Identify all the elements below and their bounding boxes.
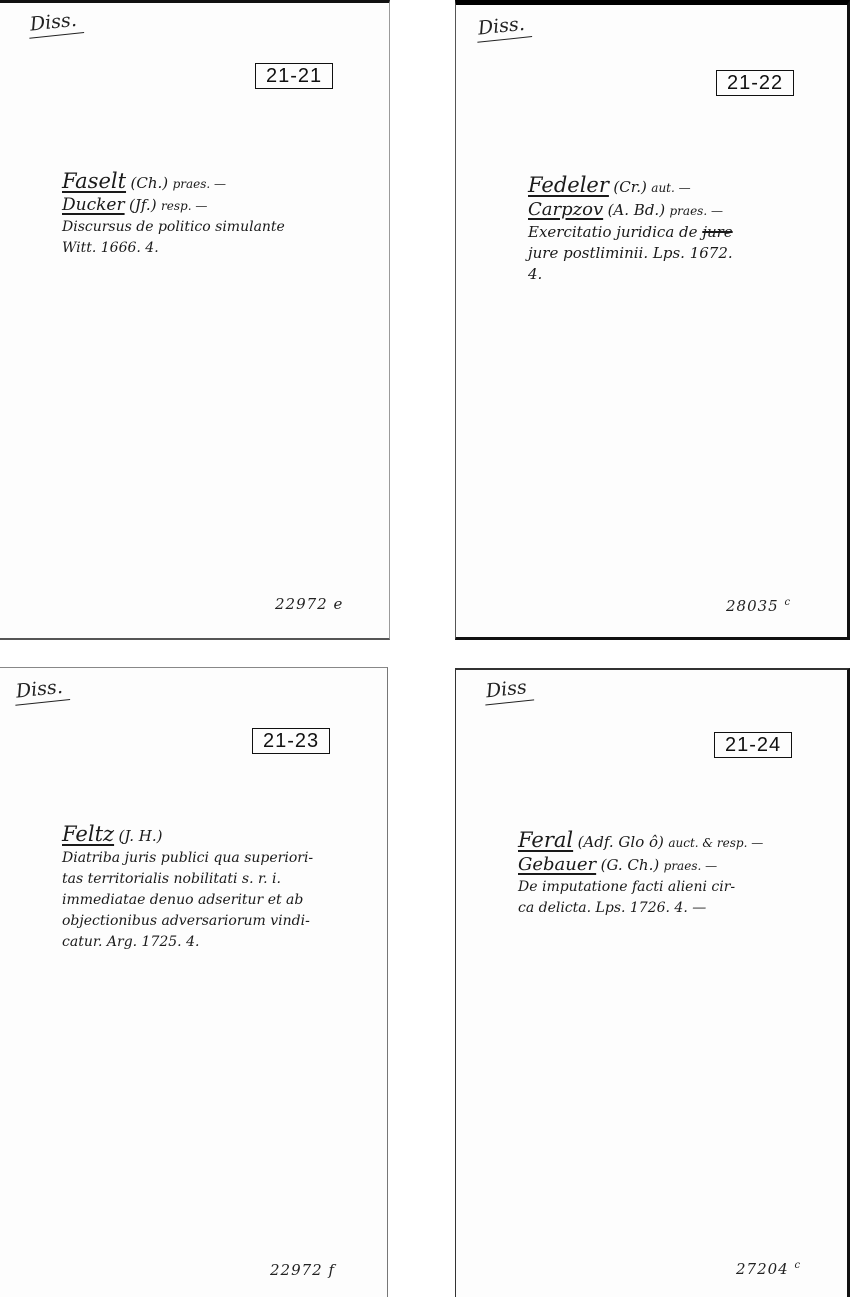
author-initials: (Ch.)	[130, 174, 168, 192]
author-initials: (Adf. Glo ô)	[578, 833, 664, 851]
call-number: 21-21	[255, 63, 333, 89]
author-role: resp. —	[161, 199, 207, 213]
title-line: catur. Arg. 1725. 4.	[62, 932, 313, 953]
accession-number: 27204 c	[736, 1260, 801, 1278]
catalog-entry: Feltz (J. H.) Diatriba juris publici qua…	[62, 824, 313, 953]
author-line: Ducker (Jf.) resp. —	[62, 195, 285, 217]
title-line: Diatriba juris publici qua superiori-	[62, 848, 313, 869]
author-line: Fedeler (Cr.) aut. —	[528, 175, 733, 199]
author-name: Feral	[518, 828, 573, 852]
struck-word: jure	[702, 223, 732, 241]
author-name: Feltz	[62, 822, 114, 846]
author-name: Ducker	[62, 195, 125, 215]
author-line: Faselt (Ch.) praes. —	[62, 171, 285, 195]
author-line: Gebauer (G. Ch.) praes. —	[518, 854, 763, 877]
accession-number: 22972 e	[275, 595, 343, 613]
author-role: aut. —	[651, 181, 690, 195]
author-name: Faselt	[62, 169, 126, 193]
accession-number: 28035 c	[726, 597, 791, 615]
category-label: Diss.	[27, 8, 84, 39]
category-label: Diss.	[13, 675, 70, 706]
author-line: Carpzov (A. Bd.) praes. —	[528, 199, 733, 222]
catalog-entry: Feral (Adf. Glo ô) auct. & resp. — Gebau…	[518, 830, 763, 919]
author-initials: (Cr.)	[613, 178, 646, 196]
author-initials: (Jf.)	[129, 196, 157, 214]
title-line: jure postliminii. Lps. 1672.	[528, 243, 733, 264]
author-role: praes. —	[664, 859, 717, 873]
author-role: praes. —	[670, 204, 723, 218]
call-number: 21-23	[252, 728, 330, 754]
title-line: tas territorialis nobilitati s. r. i.	[62, 869, 313, 890]
author-role: auct. & resp. —	[668, 836, 763, 850]
author-initials: (A. Bd.)	[608, 201, 665, 219]
author-name: Fedeler	[528, 173, 609, 197]
catalog-card-21-24: Diss 21-24 Feral (Adf. Glo ô) auct. & re…	[455, 668, 850, 1297]
title-line: Discursus de politico simulante	[62, 217, 285, 238]
author-name: Gebauer	[518, 854, 596, 875]
catalog-entry: Faselt (Ch.) praes. — Ducker (Jf.) resp.…	[62, 171, 285, 259]
author-initials: (G. Ch.)	[601, 856, 660, 874]
title-line: immediatae denuo adseritur et ab	[62, 890, 313, 911]
author-name: Carpzov	[528, 199, 603, 220]
title-line: 4.	[528, 264, 733, 285]
accession-number: 22972 f	[270, 1261, 335, 1279]
catalog-entry: Fedeler (Cr.) aut. — Carpzov (A. Bd.) pr…	[528, 175, 733, 285]
category-label: Diss	[483, 676, 534, 706]
title-line: ca delicta. Lps. 1726. 4. —	[518, 898, 763, 919]
catalog-card-21-23: Diss. 21-23 Feltz (J. H.) Diatriba juris…	[0, 667, 388, 1297]
author-line: Feral (Adf. Glo ô) auct. & resp. —	[518, 830, 763, 854]
author-line: Feltz (J. H.)	[62, 824, 313, 848]
call-number: 21-22	[716, 70, 794, 96]
author-role: praes. —	[173, 177, 226, 191]
call-number: 21-24	[714, 732, 792, 758]
title-line: objectionibus adversariorum vindi-	[62, 911, 313, 932]
title-line: De imputatione facti alieni cir-	[518, 877, 763, 898]
catalog-card-21-21: Diss. 21-21 Faselt (Ch.) praes. — Ducker…	[0, 0, 390, 640]
catalog-card-21-22: Diss. 21-22 Fedeler (Cr.) aut. — Carpzov…	[455, 0, 850, 640]
title-line: Witt. 1666. 4.	[62, 238, 285, 259]
category-label: Diss.	[475, 12, 532, 43]
author-initials: (J. H.)	[119, 827, 163, 845]
title-line: Exercitatio juridica de jure	[528, 222, 733, 243]
